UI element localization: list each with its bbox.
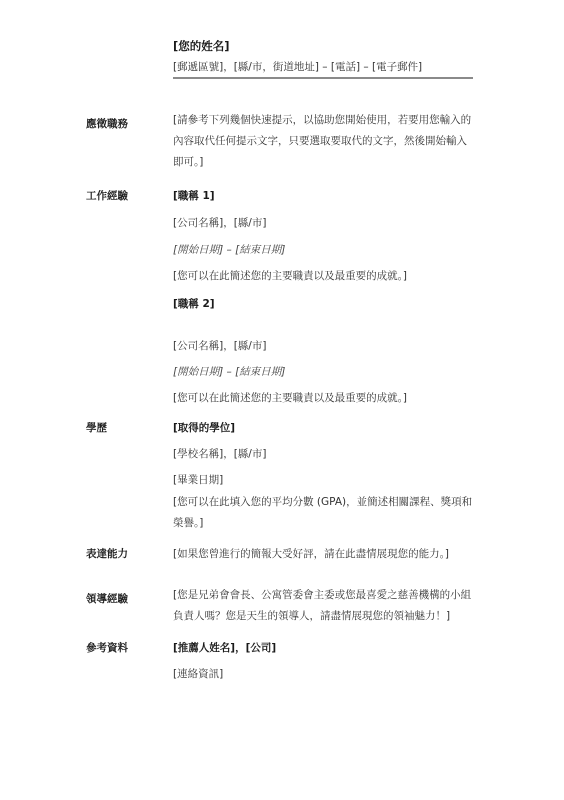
job-1-dates[interactable]: [開始日期] – [結束日期] xyxy=(173,242,285,257)
education-degree[interactable]: [取得的學位] xyxy=(173,420,235,435)
job-1-title[interactable]: [職稱 1] xyxy=(173,188,215,203)
objective-text[interactable]: [請參考下列幾個快速提示，以協助您開始使用，若要用您輸入的內容取代任何提示文字，… xyxy=(173,110,475,173)
job-2-dates[interactable]: [開始日期] – [結束日期] xyxy=(173,364,285,379)
education-school[interactable]: [學校名稱]，[縣/市] xyxy=(173,446,266,461)
contact-info[interactable]: [郵遞區號]，[縣/市，街道地址] – [電話] – [電子郵件] xyxy=(173,59,422,74)
job-2-company[interactable]: [公司名稱]，[縣/市] xyxy=(173,338,266,353)
job-1-company[interactable]: [公司名稱]，[縣/市] xyxy=(173,215,266,230)
communication-text[interactable]: [如果您曾進行的簡報大受好評，請在此盡情展現您的能力。] xyxy=(173,546,449,561)
applicant-name[interactable]: [您的姓名] xyxy=(173,38,230,54)
section-label-leadership: 領導經驗 xyxy=(86,591,128,606)
job-1-description[interactable]: [您可以在此簡述您的主要職責以及最重要的成就。] xyxy=(173,268,407,283)
section-label-experience: 工作經驗 xyxy=(86,188,128,203)
job-2-title[interactable]: [職稱 2] xyxy=(173,296,215,311)
reference-name-company[interactable]: [推薦人姓名]，[公司] xyxy=(173,640,276,655)
section-label-references: 參考資料 xyxy=(86,640,128,655)
education-details[interactable]: [您可以在此填入您的平均分數 (GPA)，並簡述相關課程、獎項和榮譽。] xyxy=(173,492,475,534)
job-2-description[interactable]: [您可以在此簡述您的主要職責以及最重要的成就。] xyxy=(173,390,407,405)
reference-contact[interactable]: [連絡資訊] xyxy=(173,666,223,681)
section-label-communication: 表達能力 xyxy=(86,546,128,561)
education-graduation-date[interactable]: [畢業日期] xyxy=(173,472,223,487)
section-label-objective: 應徵職務 xyxy=(86,116,128,131)
section-label-education: 學歷 xyxy=(86,420,107,435)
leadership-text[interactable]: [您是兄弟會會長、公寓管委會主委或您最喜愛之慈善機構的小組負責人嗎？您是天生的領… xyxy=(173,585,475,627)
header-divider xyxy=(173,77,473,79)
